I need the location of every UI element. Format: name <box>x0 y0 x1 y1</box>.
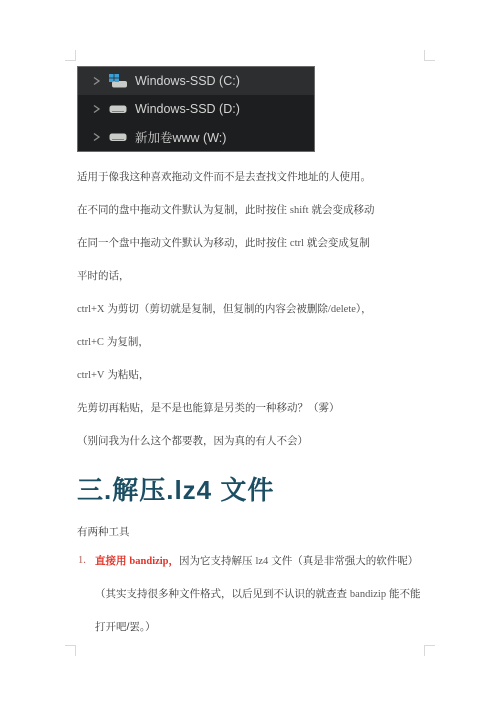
list-item-text: 直接用 bandizip，因为它支持解压 lz4 文件（真是非常强大的软件呢）（… <box>95 555 421 633</box>
text-segment: /delete <box>328 304 356 315</box>
drive-label: Windows-SSD (D:) <box>135 102 240 116</box>
text-segment: 直接用 <box>95 555 129 567</box>
crop-mark-top-right <box>424 50 435 61</box>
chevron-right-icon <box>91 104 101 114</box>
drive-row-c: Windows-SSD (C:) <box>78 67 314 95</box>
chevron-right-icon <box>91 132 101 142</box>
text-segment: shift <box>290 205 309 216</box>
drive-row-w: 新加卷www (W:) <box>78 123 314 151</box>
text-segment: ， <box>169 555 180 567</box>
text-segment: 适用于像我这种喜欢拖动文件而不是去查找文件地址的人使用。 <box>77 171 371 183</box>
text-segment: 为复制， <box>104 336 149 348</box>
drive-icon <box>108 129 128 145</box>
text-segment: （别问我为什么这个都要教，因为真的有人不会） <box>77 435 308 447</box>
text-segment: 因为它支持解压 <box>179 555 255 567</box>
text-segment: 在不同的盘中拖动文件默认为复制，此时按住 <box>77 204 290 216</box>
crop-mark-top-left <box>65 50 76 61</box>
chevron-right-icon <box>91 76 101 86</box>
crop-mark-bottom-right <box>424 645 435 656</box>
text-segment: 就会变成复制 <box>304 237 370 249</box>
drive-label: 新加卷www (W:) <box>135 128 226 146</box>
paragraph: 在不同的盘中拖动文件默认为复制，此时按住 shift 就会变成移动 <box>77 204 425 217</box>
windows-drive-icon <box>108 73 128 89</box>
list-number: 1. <box>78 545 86 577</box>
document-page: Windows-SSD (C:) Windows-SSD (D:) <box>0 0 500 707</box>
numbered-list-item: 1. 直接用 bandizip，因为它支持解压 lz4 文件（真是非常强大的软件… <box>77 545 429 643</box>
text-segment: 就会变成移动 <box>309 204 375 216</box>
paragraph: 在同一个盘中拖动文件默认为移动，此时按住 ctrl 就会变成复制 <box>77 237 425 250</box>
drive-icon <box>108 101 128 117</box>
text-segment: 先剪切再粘贴，是不是也能算是另类的一种移动？（雾） <box>77 402 340 414</box>
crop-mark-bottom-left <box>65 645 76 656</box>
embedded-screenshot: Windows-SSD (C:) Windows-SSD (D:) <box>77 66 315 152</box>
text-segment: ctrl+C <box>77 337 104 348</box>
drive-row-d: Windows-SSD (D:) <box>78 95 314 123</box>
text-segment: bandizip <box>350 589 386 600</box>
paragraph: ctrl+X 为剪切（剪切就是复制，但复制的内容会被删除/delete）， <box>77 303 425 316</box>
paragraph: （别问我为什么这个都要教，因为真的有人不会） <box>77 435 425 448</box>
document-body: 适用于像我这种喜欢拖动文件而不是去查找文件地址的人使用。 在不同的盘中拖动文件默… <box>77 171 425 643</box>
drive-label: Windows-SSD (C:) <box>135 74 240 88</box>
text-segment: 平时的话， <box>77 270 130 282</box>
paragraph: 先剪切再粘贴，是不是也能算是另类的一种移动？（雾） <box>77 402 425 415</box>
paragraph: 适用于像我这种喜欢拖动文件而不是去查找文件地址的人使用。 <box>77 171 425 184</box>
text-segment: 为剪切（剪切就是复制，但复制的内容会被删除 <box>105 303 328 315</box>
text-segment: ctrl+X <box>77 304 105 315</box>
text-segment: lz4 <box>255 556 268 567</box>
paragraph: ctrl+C 为复制， <box>77 336 425 349</box>
text-segment: bandizip <box>129 556 168 567</box>
paragraph: 平时的话， <box>77 270 425 283</box>
text-segment: ）， <box>356 303 372 315</box>
text-segment: ctrl+V <box>77 370 105 381</box>
text-segment: 为粘贴， <box>105 369 150 381</box>
tools-line: 有两种工具 <box>77 526 425 539</box>
text-segment: 在同一个盘中拖动文件默认为移动，此时按住 <box>77 237 290 249</box>
text-segment: ctrl <box>290 238 304 249</box>
paragraph: ctrl+V 为粘贴， <box>77 369 425 382</box>
section-heading: 三.解压.lz4 文件 <box>77 475 425 505</box>
